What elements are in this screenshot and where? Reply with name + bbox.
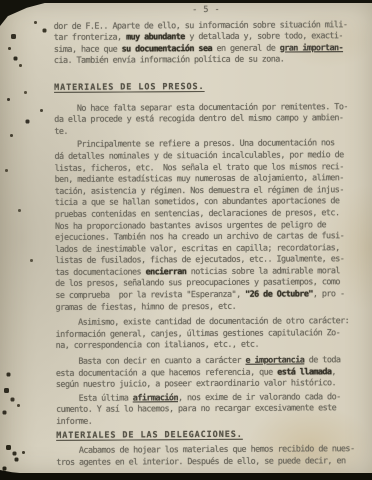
scan-border-top <box>0 0 372 3</box>
paper-page: - 5 - dor de F.E.. Aparte de ello, su in… <box>0 2 372 474</box>
paragraph-presos-1: No hace falta separar esta documentación… <box>54 102 359 139</box>
page-number: - 5 - <box>54 4 359 17</box>
scan-border-bottom <box>0 473 372 480</box>
paragraph-presos-4: Basta con decir en cuanto a carácter e i… <box>56 355 361 392</box>
paragraph-presos-5: Esta última afirmación, nos exime de ir … <box>56 392 361 429</box>
paragraph-delegaciones-1: Acabamos de hojear los materiales que he… <box>56 444 361 469</box>
intro-paragraph: dor de F.E.. Aparte de ello, su informac… <box>54 20 359 68</box>
paragraph-presos-2: Principalmente se refiere a presos. Una … <box>54 138 360 314</box>
section-heading-presos: MATERIALES DE LOS PRESOS. <box>54 81 359 94</box>
text-column: - 5 - dor de F.E.. Aparte de ello, su in… <box>54 4 362 469</box>
paragraph-presos-3: Asimismo, existe cantidad de documentaci… <box>55 316 360 353</box>
section-heading-delegaciones: MATERIALES DE LAS DELEGACIONES. <box>56 429 361 442</box>
scanned-document: - 5 - dor de F.E.. Aparte de ello, su in… <box>0 0 372 480</box>
